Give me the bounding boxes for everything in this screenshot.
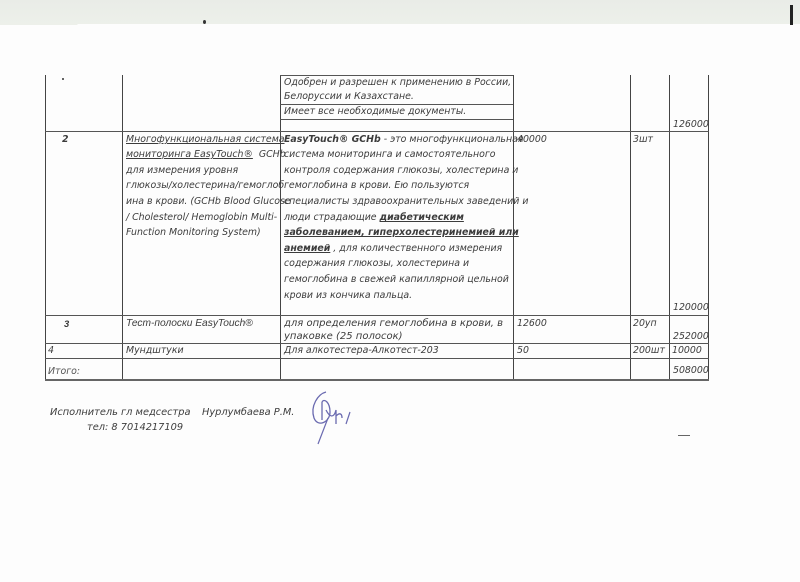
row-number: 3 [64,316,69,332]
item-name-line: Function Monitoring System) [126,225,261,241]
item-description-line: люди страдающие диабетическим [284,210,464,226]
row-number: 4 [48,343,54,359]
item-description-fragment: - это многофункциональная [381,134,524,145]
item-price: 50 [517,343,529,359]
item-description-fragment: люди страдающие [284,212,380,223]
item-description-fragment: , для количественного измерения [330,243,502,254]
item-name-line: для измерения уровня [126,163,238,179]
item-description-line: система мониторинга и самостоятельного [284,147,496,163]
item-name-fragment: GCHb [259,149,286,160]
continuation-description-line: Имеет все необходимые документы. [284,104,466,120]
stray-mark [62,78,64,80]
product-name-emphasis: EasyTouch® GCHb [284,134,381,145]
item-name-line: глюкозы/холестерина/гемоглоб [126,178,284,194]
condition-emphasis: диабетическим [380,212,464,223]
col-divider-quantity [630,75,631,380]
scan-edge-mark [790,5,793,25]
item-description-line: EasyTouch® GCHb - это многофункциональна… [284,132,523,148]
row-number: 2 [62,132,69,148]
signatory-role: Исполнитель гл медсестра [50,405,190,421]
item-total: 120000 [673,300,709,316]
col-divider-total [669,75,670,380]
item-price: 12600 [517,316,547,332]
item-name: Тест-полоски EasyTouch® [126,316,253,332]
scan-speck [203,20,206,24]
item-description-line: анемией , для количественного измерения [284,241,502,257]
item-description: Для алкотестера-Алкотест-203 [284,343,439,359]
stray-mark [678,435,690,436]
grand-total: 508000 [673,363,709,379]
continuation-total: 126000 [673,117,709,133]
scan-top-strip [0,0,800,25]
summary-label: Итого: [48,364,80,380]
item-quantity: 200шт [633,343,665,359]
item-name-fragment: мониторинга EasyTouch® [126,149,253,160]
item-name-line: / Cholesterol/ Hemoglobin Multi- [126,210,277,226]
signatory-phone: тел: 8 7014217109 [87,420,183,436]
item-quantity: 20уп [633,316,657,332]
handwritten-signature [300,388,380,448]
item-quantity: 3шт [633,132,653,148]
col-divider-description [280,75,281,380]
item-total: 10000 [672,343,702,359]
item-description-line: крови из кончика пальца. [284,288,412,304]
col-divider-name [122,75,123,380]
item-price: 40000 [517,132,547,148]
table-border-left [45,75,46,380]
item-name-line: мониторинга EasyTouch® GCHb [126,147,286,163]
item-description-line: содержания глюкозы, холестерина и [284,256,469,272]
table-border-bottom [45,379,709,381]
condition-emphasis: анемией [284,243,330,254]
item-name: Мундштуки [126,343,184,359]
item-name-line: ина в крови. (GCHb Blood Glucose [126,194,291,210]
condition-emphasis: заболеванием, гиперхолестеринемией или [284,225,519,241]
item-name-line: Многофункциональная система [126,132,285,148]
item-description-line: специалисты здравоохранительных заведени… [284,194,528,210]
item-description-line: гемоглобина в свежей капиллярной цельной [284,272,509,288]
continuation-description-line: Белоруссии и Казахстане. [284,89,414,105]
item-description-line: контроля содержания глюкозы, холестерина… [284,163,518,179]
signatory-name: Нурлумбаева Р.М. [202,405,294,421]
item-description-line: гемоглобина в крови. Ею пользуются [284,178,469,194]
